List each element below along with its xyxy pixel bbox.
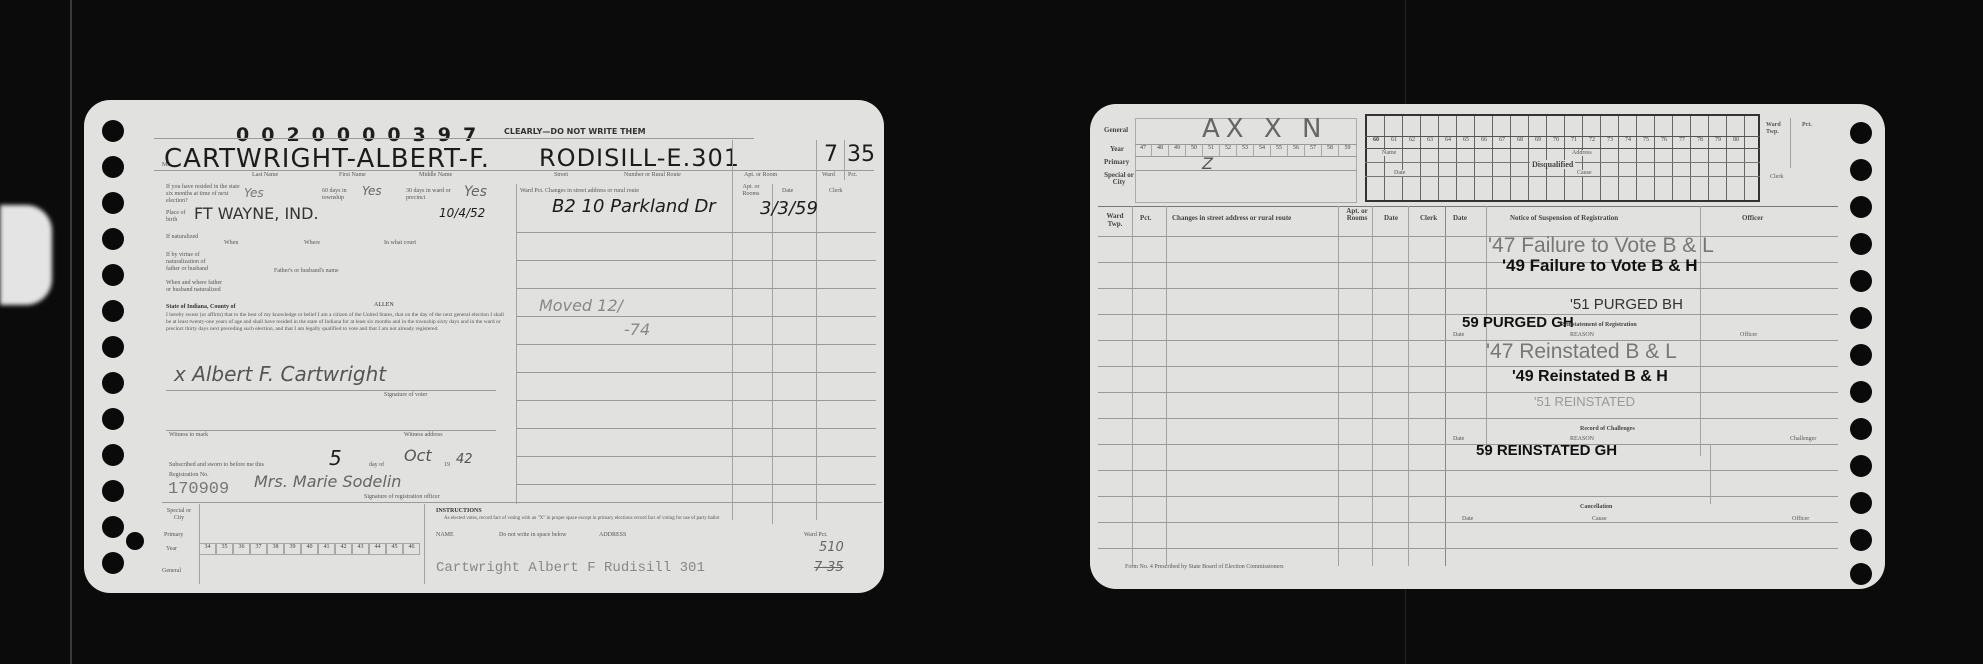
reinstatement-entry: '47 Reinstated B & L bbox=[1486, 340, 1677, 364]
street-address: RODISILL-E.301 bbox=[539, 144, 740, 172]
year-cell: 55 bbox=[1271, 145, 1288, 156]
th-date: Date bbox=[1384, 214, 1398, 222]
punch-hole bbox=[1850, 563, 1872, 585]
suspension-entry: '49 Failure to Vote B & H bbox=[1502, 256, 1697, 276]
label-signature-voter: Signature of voter bbox=[384, 392, 427, 398]
label-number-route: Number or Rural Route bbox=[624, 172, 681, 178]
rule bbox=[1098, 496, 1838, 497]
label-ward: Ward bbox=[822, 172, 835, 178]
year-cell: 74 bbox=[1619, 137, 1637, 148]
th-cancel-date: Date bbox=[1462, 516, 1473, 522]
rule bbox=[1098, 470, 1838, 471]
punch-hole bbox=[126, 532, 144, 550]
punch-hole bbox=[102, 156, 124, 178]
year-cell: 72 bbox=[1583, 137, 1601, 148]
year-cell: 63 bbox=[1421, 137, 1439, 148]
margin-note-year: -74 bbox=[624, 320, 650, 339]
year-cell: 38 bbox=[267, 543, 284, 555]
rule bbox=[844, 140, 845, 180]
label-last-name: Last Name bbox=[252, 172, 278, 178]
disq-cause-label: Cause bbox=[1575, 170, 1594, 176]
label-street: Street bbox=[554, 172, 568, 178]
registration-card-back: General Year Primary Special or City 47 … bbox=[1090, 104, 1885, 589]
year-cell: 52 bbox=[1220, 145, 1237, 156]
punch-hole bbox=[102, 300, 124, 322]
year-cell: 69 bbox=[1529, 137, 1547, 148]
th-ward-twp: Ward Twp. bbox=[1100, 212, 1130, 228]
instructions-title: INSTRUCTIONS bbox=[436, 508, 482, 514]
year-cell: 65 bbox=[1457, 137, 1475, 148]
year-cell: 46 bbox=[403, 543, 420, 555]
label-year: Year bbox=[166, 546, 177, 552]
suspension-entry: '47 Failure to Vote B & L bbox=[1488, 234, 1714, 258]
label-special-city: Special or City bbox=[164, 508, 194, 522]
label-when-where-father: When and where father or husband natural… bbox=[166, 280, 224, 294]
rule bbox=[1365, 148, 1760, 149]
rule bbox=[1365, 176, 1760, 177]
label-apt: Apt. or Room bbox=[744, 172, 777, 178]
punch-hole bbox=[1850, 529, 1872, 551]
year-cell: 43 bbox=[352, 543, 369, 555]
th-chal-challenger: Challenger bbox=[1790, 436, 1816, 442]
label-pct: Pct. bbox=[1802, 122, 1812, 128]
rule bbox=[516, 372, 876, 373]
form-footer: Form No. 4 Prescribed by State Board of … bbox=[1125, 564, 1284, 570]
rule bbox=[1098, 418, 1838, 419]
year-cell: 58 bbox=[1322, 145, 1339, 156]
label-witness-mark: Witness to mark bbox=[169, 432, 208, 438]
label-primary: Primary bbox=[164, 532, 183, 538]
th-clerk: Clerk bbox=[1420, 214, 1437, 222]
header-instruction: CLEARLY—DO NOT WRITE THEM bbox=[504, 127, 646, 136]
label-subscribed: Subscribed and sworn to before me this bbox=[169, 462, 264, 468]
year-cell: 37 bbox=[250, 543, 267, 555]
punch-hole bbox=[102, 408, 124, 430]
punch-hole bbox=[102, 516, 124, 538]
rule bbox=[1098, 444, 1838, 445]
reinstatement-entry: '49 Reinstated B & H bbox=[1512, 368, 1668, 386]
reinstatement-entry: '51 REINSTATED bbox=[1534, 394, 1635, 409]
punch-hole bbox=[102, 228, 124, 250]
th-cancel-cause: Cause bbox=[1592, 516, 1607, 522]
primary-vote-mark: Z bbox=[1202, 154, 1213, 173]
rule bbox=[1135, 156, 1357, 157]
label-year: Year bbox=[1110, 145, 1124, 153]
adjacent-card-edge bbox=[0, 205, 52, 305]
punch-hole bbox=[1850, 122, 1872, 144]
oath-heading: State of Indiana, County of bbox=[166, 304, 236, 310]
year-cell: 56 bbox=[1288, 145, 1305, 156]
year-cell: 60 bbox=[1367, 137, 1385, 148]
rule bbox=[732, 140, 733, 520]
th-susp-notice: Notice of Suspension of Registration bbox=[1510, 214, 1618, 222]
label-first-name: First Name bbox=[339, 172, 366, 178]
rule bbox=[166, 430, 496, 431]
label-pct: Pct. bbox=[848, 172, 857, 178]
disqualified-title: Disqualified bbox=[1530, 160, 1575, 169]
rule bbox=[424, 504, 425, 584]
rule bbox=[1098, 340, 1838, 341]
label-witness-address: Witness address bbox=[404, 432, 443, 438]
resided-state-value: Yes bbox=[244, 186, 264, 200]
label-address-small: ADDRESS bbox=[599, 532, 626, 538]
rule bbox=[1098, 392, 1838, 393]
rule bbox=[772, 184, 773, 524]
rule bbox=[199, 504, 200, 584]
label-name-small: NAME bbox=[436, 532, 454, 538]
rule bbox=[516, 288, 876, 289]
rule bbox=[516, 400, 876, 401]
rule bbox=[816, 140, 817, 520]
punch-hole bbox=[102, 120, 124, 142]
year-cell: 35 bbox=[216, 543, 233, 555]
punch-hole bbox=[1850, 381, 1872, 403]
rule bbox=[1098, 262, 1838, 263]
label-date: Date bbox=[782, 188, 793, 194]
year-cell: 59 bbox=[1339, 145, 1356, 156]
year-cell: 39 bbox=[284, 543, 301, 555]
rule bbox=[516, 316, 876, 317]
year-cell: 64 bbox=[1439, 137, 1457, 148]
label-signature-officer: Signature of registration officer bbox=[364, 494, 440, 500]
year-cell: 62 bbox=[1403, 137, 1421, 148]
year-cell: 53 bbox=[1237, 145, 1254, 156]
th-susp-date: Date bbox=[1453, 214, 1467, 222]
voter-signature: x Albert F. Cartwright bbox=[174, 362, 386, 386]
year-cell: 75 bbox=[1637, 137, 1655, 148]
year-cell: 34 bbox=[199, 543, 216, 555]
label-resided-state: If you have resided in the state six mon… bbox=[166, 184, 246, 205]
punch-hole bbox=[102, 480, 124, 502]
year-cell: 48 bbox=[1152, 145, 1169, 156]
label-clerk: Clerk bbox=[829, 188, 842, 194]
year-cell: 57 bbox=[1305, 145, 1322, 156]
label-court: In what court bbox=[384, 240, 416, 246]
rule bbox=[1408, 206, 1409, 566]
th-rein-reason: REASON bbox=[1570, 332, 1594, 338]
ward-value: 7 bbox=[824, 142, 838, 167]
year-cell: 78 bbox=[1691, 137, 1709, 148]
disq-name-label: Name bbox=[1380, 150, 1398, 156]
rule bbox=[1445, 206, 1446, 566]
punch-hole bbox=[1850, 159, 1872, 181]
punch-hole bbox=[102, 264, 124, 286]
challenge-entry: 59 REINSTATED GH bbox=[1476, 442, 1617, 459]
year-cell: 66 bbox=[1475, 137, 1493, 148]
year-cell: 76 bbox=[1655, 137, 1673, 148]
disq-address-label: Address bbox=[1570, 150, 1594, 156]
label-day-of: day of bbox=[369, 462, 384, 468]
rule bbox=[1372, 206, 1373, 566]
label-by-virtue: If by virtue of naturalization of father… bbox=[166, 252, 216, 273]
rule bbox=[1098, 522, 1838, 523]
punch-hole bbox=[1850, 196, 1872, 218]
rule bbox=[516, 232, 876, 233]
typed-stub: Cartwright Albert F Rudisill 301 bbox=[436, 560, 705, 576]
year-cell: 36 bbox=[233, 543, 250, 555]
year-cell: 42 bbox=[335, 543, 352, 555]
purged-stamp: 59 PURGED GH bbox=[1462, 314, 1574, 331]
punch-hole bbox=[1850, 270, 1872, 292]
year-cell: 45 bbox=[386, 543, 403, 555]
label-middle-name: Middle Name bbox=[419, 172, 452, 178]
label-do-not-write: Do not write in space below bbox=[499, 532, 566, 538]
label-place-of-birth: Place of birth bbox=[166, 210, 196, 224]
rule bbox=[1098, 288, 1838, 289]
rule bbox=[516, 260, 876, 261]
punch-hole bbox=[1850, 492, 1872, 514]
label-general: General bbox=[162, 568, 181, 574]
label-days-ward: 30 days in ward or precinct bbox=[406, 188, 461, 202]
year-cell: 67 bbox=[1493, 137, 1511, 148]
registration-number: 170909 bbox=[168, 480, 229, 499]
days-ward-value: Yes bbox=[464, 184, 487, 200]
rule bbox=[516, 344, 876, 345]
rule bbox=[1098, 366, 1838, 367]
rule bbox=[1098, 206, 1838, 207]
th-pct: Pct. bbox=[1140, 214, 1151, 222]
year-row-a: 47 48 49 50 51 52 53 54 55 56 57 58 59 bbox=[1135, 145, 1356, 156]
punch-hole bbox=[1850, 344, 1872, 366]
year-cell: 49 bbox=[1169, 145, 1186, 156]
sworn-day: 5 bbox=[329, 446, 342, 470]
year-row-b: 60 61 62 63 64 65 66 67 68 69 70 71 72 7… bbox=[1367, 137, 1745, 148]
rule bbox=[1710, 444, 1711, 504]
rule bbox=[1135, 170, 1357, 171]
label-year-prefix: 19 bbox=[444, 462, 450, 468]
label-ward-pct-small: Ward Pct. bbox=[804, 532, 828, 538]
rule bbox=[1790, 118, 1791, 168]
label-when: When bbox=[224, 240, 238, 246]
instructions-text: As elected votes, record fact of voting … bbox=[444, 516, 844, 522]
rule bbox=[166, 390, 496, 391]
officer-signature: Mrs. Marie Sodelin bbox=[254, 472, 401, 491]
th-changes: Changes in street address or rural route bbox=[1172, 214, 1291, 222]
county-value: ALLEN bbox=[374, 302, 394, 308]
year-row: 34 35 36 37 38 39 40 41 42 43 44 45 46 bbox=[199, 543, 420, 555]
label-changes-header: Ward Pct. Changes in street address or r… bbox=[520, 188, 639, 194]
punch-hole bbox=[102, 336, 124, 358]
label-days-township: 60 days in township bbox=[322, 188, 362, 202]
rule bbox=[1132, 206, 1133, 566]
year-cell: 54 bbox=[1254, 145, 1271, 156]
stub-ward-old: 7-35 bbox=[814, 560, 844, 575]
year-cell: 68 bbox=[1511, 137, 1529, 148]
rule bbox=[154, 170, 874, 171]
disq-date-label: Date bbox=[1392, 170, 1407, 176]
registration-card-front: 0020000397 CLEARLY—DO NOT WRITE THEM Mr.… bbox=[84, 100, 884, 593]
year-cell: 41 bbox=[318, 543, 335, 555]
year-cell: 50 bbox=[1186, 145, 1203, 156]
th-cancel-officer: Officer bbox=[1792, 516, 1809, 522]
vote-grid-b bbox=[1365, 114, 1760, 202]
reinstatement-title: Reinstatement of Registration bbox=[1560, 322, 1637, 328]
th-rein-date: Date bbox=[1453, 332, 1464, 338]
rule bbox=[516, 428, 876, 429]
rule bbox=[516, 456, 876, 457]
rule bbox=[1338, 206, 1339, 566]
punch-hole bbox=[102, 192, 124, 214]
year-cell: 40 bbox=[301, 543, 318, 555]
rule bbox=[1098, 236, 1838, 237]
stub-ward-new: 510 bbox=[819, 540, 844, 555]
th-chal-date: Date bbox=[1453, 436, 1464, 442]
label-where: Where bbox=[304, 240, 320, 246]
year-cell: 71 bbox=[1565, 137, 1583, 148]
th-apt-rooms: Apt. or Rooms bbox=[1342, 208, 1372, 222]
change-date: 3/3/59 bbox=[760, 198, 818, 219]
label-naturalized: If naturalized bbox=[166, 234, 206, 241]
days-township-value: Yes bbox=[362, 184, 382, 198]
challenges-title: Record of Challenges bbox=[1580, 426, 1635, 432]
oath-text: I hereby swear (or affirm) that to the b… bbox=[166, 312, 506, 333]
year-cell: 47 bbox=[1135, 145, 1152, 156]
changed-address: B2 10 Parkland Dr bbox=[552, 196, 716, 217]
serial-number: 0020000397 bbox=[236, 124, 488, 146]
punch-hole bbox=[102, 444, 124, 466]
general-vote-marks: AX X N bbox=[1202, 114, 1327, 144]
label-general: General bbox=[1104, 126, 1128, 134]
punch-hole bbox=[1850, 307, 1872, 329]
year-cell: 79 bbox=[1709, 137, 1727, 148]
punch-hole bbox=[1850, 418, 1872, 440]
registration-date-note: 10/4/52 bbox=[439, 206, 485, 220]
punch-hole bbox=[102, 552, 124, 574]
rule bbox=[154, 138, 754, 139]
cancellation-title: Cancellation bbox=[1580, 504, 1612, 510]
punch-hole bbox=[1850, 233, 1872, 255]
th-rein-officer: Officer bbox=[1740, 332, 1757, 338]
label-registration-no: Registration No. bbox=[169, 472, 209, 478]
label-father-name: Father's or husband's name bbox=[274, 268, 339, 274]
year-cell: 77 bbox=[1673, 137, 1691, 148]
label-clerk: Clerk bbox=[1770, 174, 1783, 180]
label-ward-twp: Ward Twp. bbox=[1766, 122, 1790, 136]
film-divider bbox=[70, 0, 72, 664]
label-apt-rooms: Apt. or Rooms bbox=[736, 184, 766, 198]
label-primary: Primary bbox=[1104, 158, 1129, 166]
pct-value: 35 bbox=[847, 142, 875, 167]
sworn-year: 42 bbox=[456, 452, 473, 467]
th-susp-officer: Officer bbox=[1742, 214, 1763, 222]
rule bbox=[516, 484, 876, 485]
label-special-city: Special or City bbox=[1104, 172, 1134, 186]
place-of-birth-value: FT WAYNE, IND. bbox=[194, 204, 319, 223]
year-cell: 61 bbox=[1385, 137, 1403, 148]
rule bbox=[162, 502, 882, 503]
year-cell: 80 bbox=[1727, 137, 1745, 148]
punch-hole bbox=[102, 372, 124, 394]
year-cell: 73 bbox=[1601, 137, 1619, 148]
year-cell: 70 bbox=[1547, 137, 1565, 148]
year-cell: 44 bbox=[369, 543, 386, 555]
rule bbox=[1098, 548, 1838, 549]
rule bbox=[1166, 206, 1167, 566]
sworn-month: Oct bbox=[404, 446, 432, 465]
punch-hole bbox=[1850, 455, 1872, 477]
suspension-entry: '51 PURGED BH bbox=[1570, 296, 1683, 313]
margin-note-moved: Moved 12/ bbox=[539, 296, 623, 315]
